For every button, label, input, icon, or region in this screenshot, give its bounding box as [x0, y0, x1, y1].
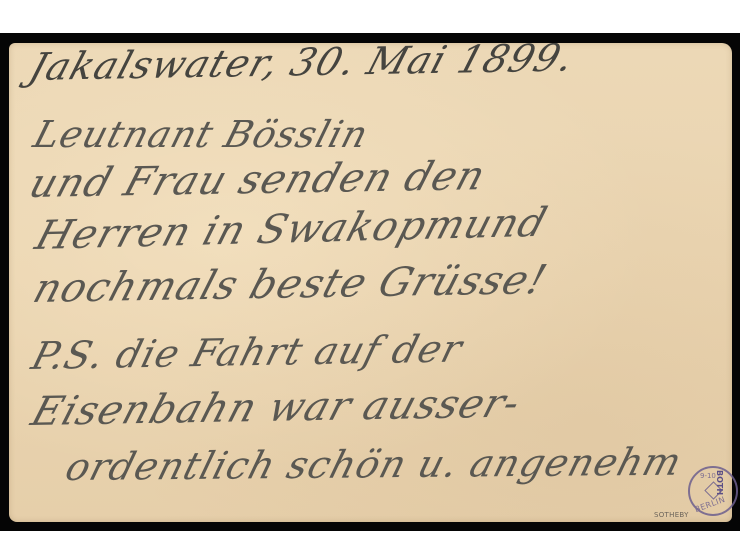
side-printed-text: BOTH [715, 470, 724, 495]
handwritten-line-date: Jakalswater, 30. Mai 1899. [24, 43, 580, 89]
handwritten-line-sender: Leutnant Bösslin [29, 113, 374, 156]
handwritten-line: Eisenbahn war ausser- [26, 381, 526, 435]
postmark-city: BERLIN [693, 495, 726, 514]
handwritten-line: ordentlich schön u. angenehm [61, 440, 687, 489]
postmark-date: 9-10 [700, 472, 716, 480]
postmark-stamp: 9-10 BERLIN [688, 466, 738, 516]
handwritten-line: und Frau senden den [24, 153, 491, 207]
handwritten-line: Herren in Swakopmund [30, 200, 553, 259]
auction-house-watermark: SOTHEBY [654, 511, 689, 519]
handwritten-line-postscript: P.S. die Fahrt auf der [27, 327, 467, 378]
postcard: Jakalswater, 30. Mai 1899. Leutnant Böss… [9, 43, 732, 522]
handwritten-line: nochmals beste Grüsse! [28, 257, 553, 312]
